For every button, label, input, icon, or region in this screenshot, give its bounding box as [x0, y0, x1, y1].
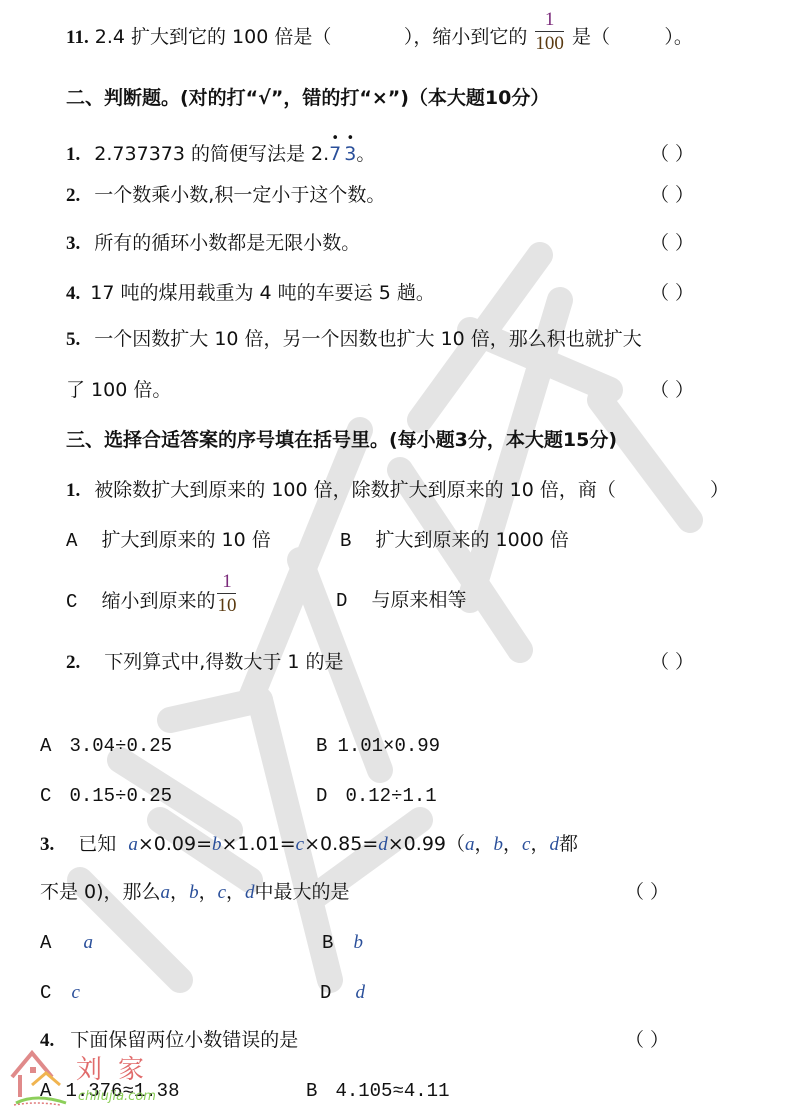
question-text: ）。 — [664, 26, 693, 48]
option-a: A a — [40, 930, 93, 955]
option-b: B 扩大到原来的 1000 倍 — [340, 528, 569, 553]
answer-paren[interactable]: （ ） — [625, 1028, 669, 1052]
question-text: 2.4 扩大到它的 100 倍是（ — [95, 26, 332, 48]
option-b: B 4.105≈4.11 — [306, 1078, 449, 1103]
option-d: D 与原来相等 — [336, 588, 466, 613]
option-d: D d — [320, 980, 365, 1005]
option-a: A 3.04÷0.25 — [40, 733, 172, 758]
question-text: 是（ — [572, 26, 610, 48]
answer-paren[interactable]: （ ） — [625, 880, 669, 904]
answer-blank[interactable] — [616, 26, 658, 48]
section-title: 二、判断题。(对的打“√”，错的打“×”)（本大题10分） — [66, 86, 549, 110]
answer-paren[interactable]: （ ） — [650, 650, 694, 674]
answer-paren[interactable]: （ ） — [650, 231, 694, 255]
fraction: 1 100 — [535, 10, 564, 53]
question-11: 11. 2.4 扩大到它的 100 倍是（ ），缩小到它的 1 100 是（ ）… — [66, 22, 693, 53]
option-b: B b — [322, 930, 363, 955]
option-d: D 0.12÷1.1 — [316, 783, 437, 808]
answer-paren[interactable]: （ ） — [650, 281, 694, 305]
logo-text: 刘家 — [76, 1049, 160, 1086]
answer-paren[interactable]: （ ） — [650, 378, 694, 402]
judge-item-3: 3. 所有的循环小数都是无限小数。 — [66, 231, 360, 256]
logo-url: chliujia.com — [78, 1089, 156, 1104]
answer-paren[interactable]: （ ） — [650, 142, 694, 166]
option-c: C 0.15÷0.25 — [40, 783, 172, 808]
choice-question-1: 1. 被除数扩大到原来的 100 倍，除数扩大到原来的 10 倍，商（ — [66, 478, 616, 503]
judge-item-1: 1. 2.737373 的简便写法是 2.73。 — [66, 142, 375, 167]
option-a: A 扩大到原来的 10 倍 — [66, 528, 271, 553]
option-b: B 1.01×0.99 — [316, 733, 440, 758]
judge-item-4: 4. 17 吨的煤用载重为 4 吨的车要运 5 趟。 — [66, 281, 435, 306]
judge-item-2: 2. 一个数乘小数,积一定小于这个数。 — [66, 183, 385, 208]
answer-blank[interactable] — [337, 26, 397, 48]
answer-paren[interactable]: ） — [710, 478, 729, 502]
question-number: 11. — [66, 27, 89, 48]
section-title: 三、选择合适答案的序号填在括号里。(每小题3分，本大题15分) — [66, 428, 617, 452]
fraction: 110 — [217, 572, 236, 615]
option-c: C c — [40, 980, 80, 1005]
repeating-digit: 3 — [344, 142, 356, 166]
answer-paren[interactable]: （ ） — [650, 183, 694, 207]
choice-question-2: 2. 下列算式中,得数大于 1 的是 — [66, 650, 344, 675]
site-logo: 刘家 chliujia.com — [6, 1045, 186, 1107]
judge-item-5: 5. 一个因数扩大 10 倍，另一个因数也扩大 10 倍，那么积也就扩大 — [66, 327, 642, 352]
repeating-digit: 7 — [329, 142, 341, 166]
option-c: C 缩小到原来的110 — [66, 588, 238, 615]
question-text: ），缩小到它的 — [404, 26, 528, 48]
choice-question-3-cont: 不是 0)，那么a，b，c，d中最大的是 — [40, 880, 350, 905]
choice-question-3: 3. 已知 a×0.09=b×1.01=c×0.85=d×0.99（a，b，c，… — [40, 832, 578, 857]
judge-item-5-cont: 了 100 倍。 — [66, 378, 171, 402]
